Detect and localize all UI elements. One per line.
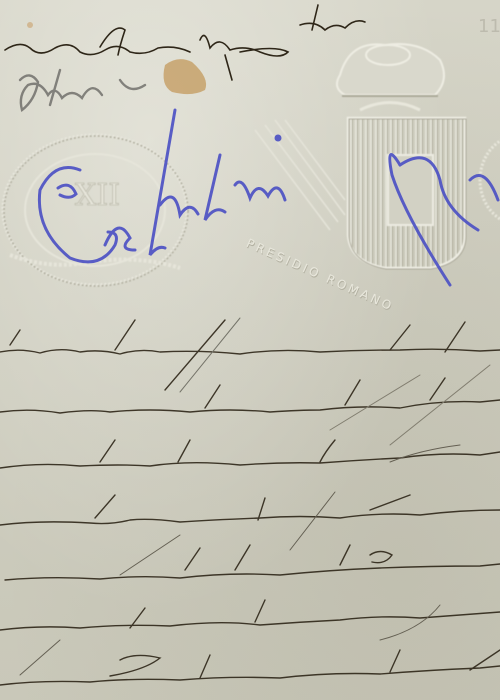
blue-signature	[39, 110, 498, 285]
page-number-mark: 11	[478, 16, 500, 37]
pencil-signature	[20, 70, 145, 110]
ink-layer: 11	[0, 0, 500, 700]
document-page: XII PRESIDIO ROMANO	[0, 0, 500, 700]
ink-stain	[164, 59, 207, 94]
handwritten-body	[0, 318, 500, 685]
